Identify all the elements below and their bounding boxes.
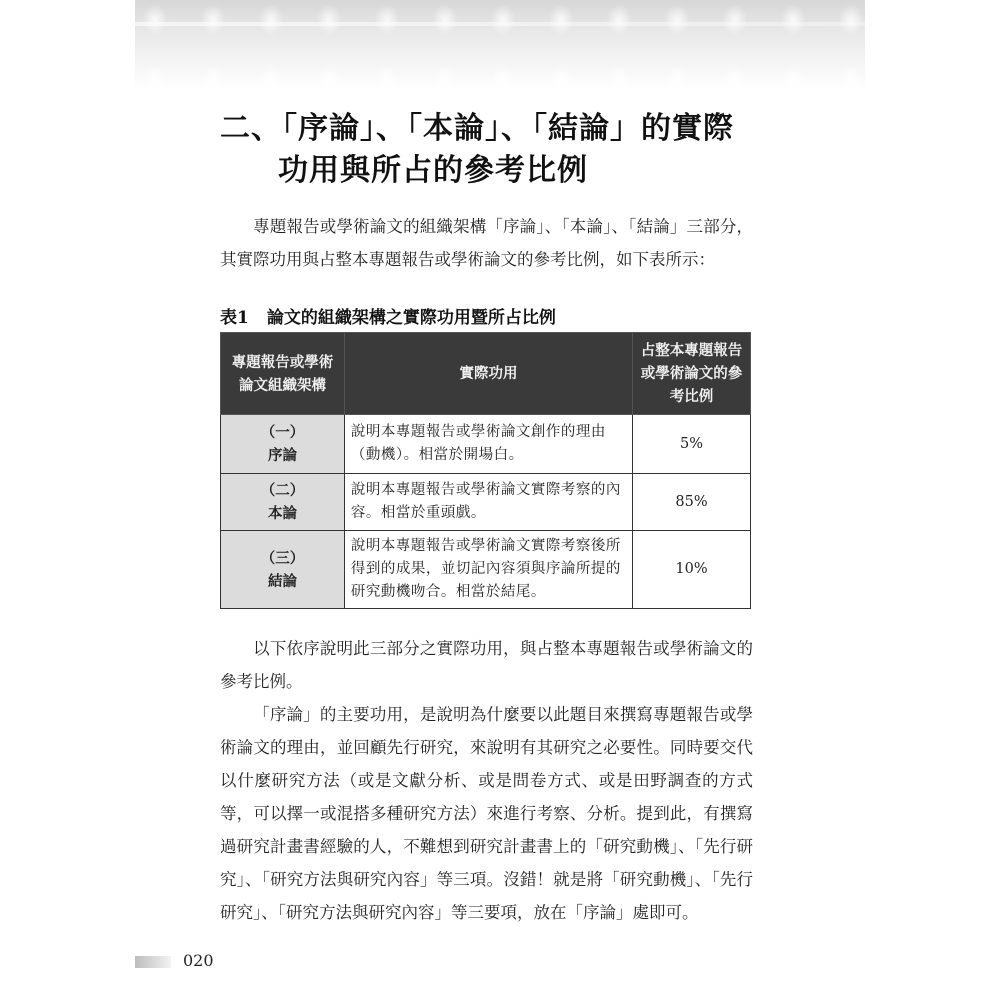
part-number: （三） <box>227 547 338 570</box>
part-cell: （三）結論 <box>221 531 345 609</box>
intro-text: 專題報告或學術論文的組織架構「序論」、「本論」、「結論」三部分，其實際功用與占整… <box>220 217 753 269</box>
table-caption-number: 表1 <box>220 308 249 328</box>
title-line-2: 功用與所占的參考比例 <box>220 150 780 192</box>
part-number: （一） <box>227 421 338 444</box>
table-caption-text: 論文的組織架構之實際功用暨所占比例 <box>267 308 556 328</box>
header-structure: 專題報告或學術論文組織架構 <box>221 333 345 415</box>
intro-paragraph: 專題報告或學術論文的組織架構「序論」、「本論」、「結論」三部分，其實際功用與占整… <box>220 210 753 276</box>
header-function: 實際功用 <box>344 333 632 415</box>
body-paragraph-1: 以下依序說明此三部分之實際功用，與占整本專題報告或學術論文的參考比例。 <box>220 632 753 698</box>
part-number: （二） <box>227 479 338 502</box>
page-footer: 020 <box>135 954 335 970</box>
part-cell: （二）本論 <box>221 474 345 531</box>
function-cell: 說明本專題報告或學術論文實際考察的內容。相當於重頭戲。 <box>344 474 632 531</box>
percent-cell: 85% <box>633 474 751 531</box>
paragraph-text: 以下依序說明此三部分之實際功用，與占整本專題報告或學術論文的參考比例。 <box>220 639 753 691</box>
footer-gradient-bar <box>135 956 171 968</box>
section-title: 二、「序論」、「本論」、「結論」的實際 功用與所占的參考比例 <box>220 108 780 192</box>
part-name: 結論 <box>227 570 338 593</box>
percent-cell: 10% <box>633 531 751 609</box>
function-cell: 說明本專題報告或學術論文創作的理由（動機）。相當於開場白。 <box>344 415 632 474</box>
table-caption: 表1論文的組織架構之實際功用暨所占比例 <box>220 303 556 328</box>
percent-cell: 5% <box>633 415 751 474</box>
structure-table: 專題報告或學術論文組織架構 實際功用 占整本專題報告或學術論文的參考比例 （一）… <box>220 332 751 609</box>
title-line-1: 二、「序論」、「本論」、「結論」的實際 <box>220 111 734 146</box>
part-name: 本論 <box>227 502 338 525</box>
banner-wave <box>135 22 865 26</box>
page-number: 020 <box>183 951 214 970</box>
table-row: （二）本論 說明本專題報告或學術論文實際考察的內容。相當於重頭戲。 85% <box>221 474 751 531</box>
part-cell: （一）序論 <box>221 415 345 474</box>
header-percent: 占整本專題報告或學術論文的參考比例 <box>633 333 751 415</box>
table-header-row: 專題報告或學術論文組織架構 實際功用 占整本專題報告或學術論文的參考比例 <box>221 333 751 415</box>
body-paragraph-2: 「序論」的主要功用，是說明為什麼要以此題目來撰寫專題報告或學術論文的理由，並回顧… <box>220 698 753 929</box>
table-row: （三）結論 說明本專題報告或學術論文實際考察後所得到的成果，並切記內容須與序論所… <box>221 531 751 609</box>
table-row: （一）序論 說明本專題報告或學術論文創作的理由（動機）。相當於開場白。 5% <box>221 415 751 474</box>
function-cell: 說明本專題報告或學術論文實際考察後所得到的成果，並切記內容須與序論所提的研究動機… <box>344 531 632 609</box>
book-page: 二、「序論」、「本論」、「結論」的實際 功用與所占的參考比例 專題報告或學術論文… <box>135 0 865 1000</box>
paragraph-text: 「序論」的主要功用，是說明為什麼要以此題目來撰寫專題報告或學術論文的理由，並回顧… <box>220 705 753 922</box>
header-banner <box>135 0 865 90</box>
part-name: 序論 <box>227 444 338 467</box>
